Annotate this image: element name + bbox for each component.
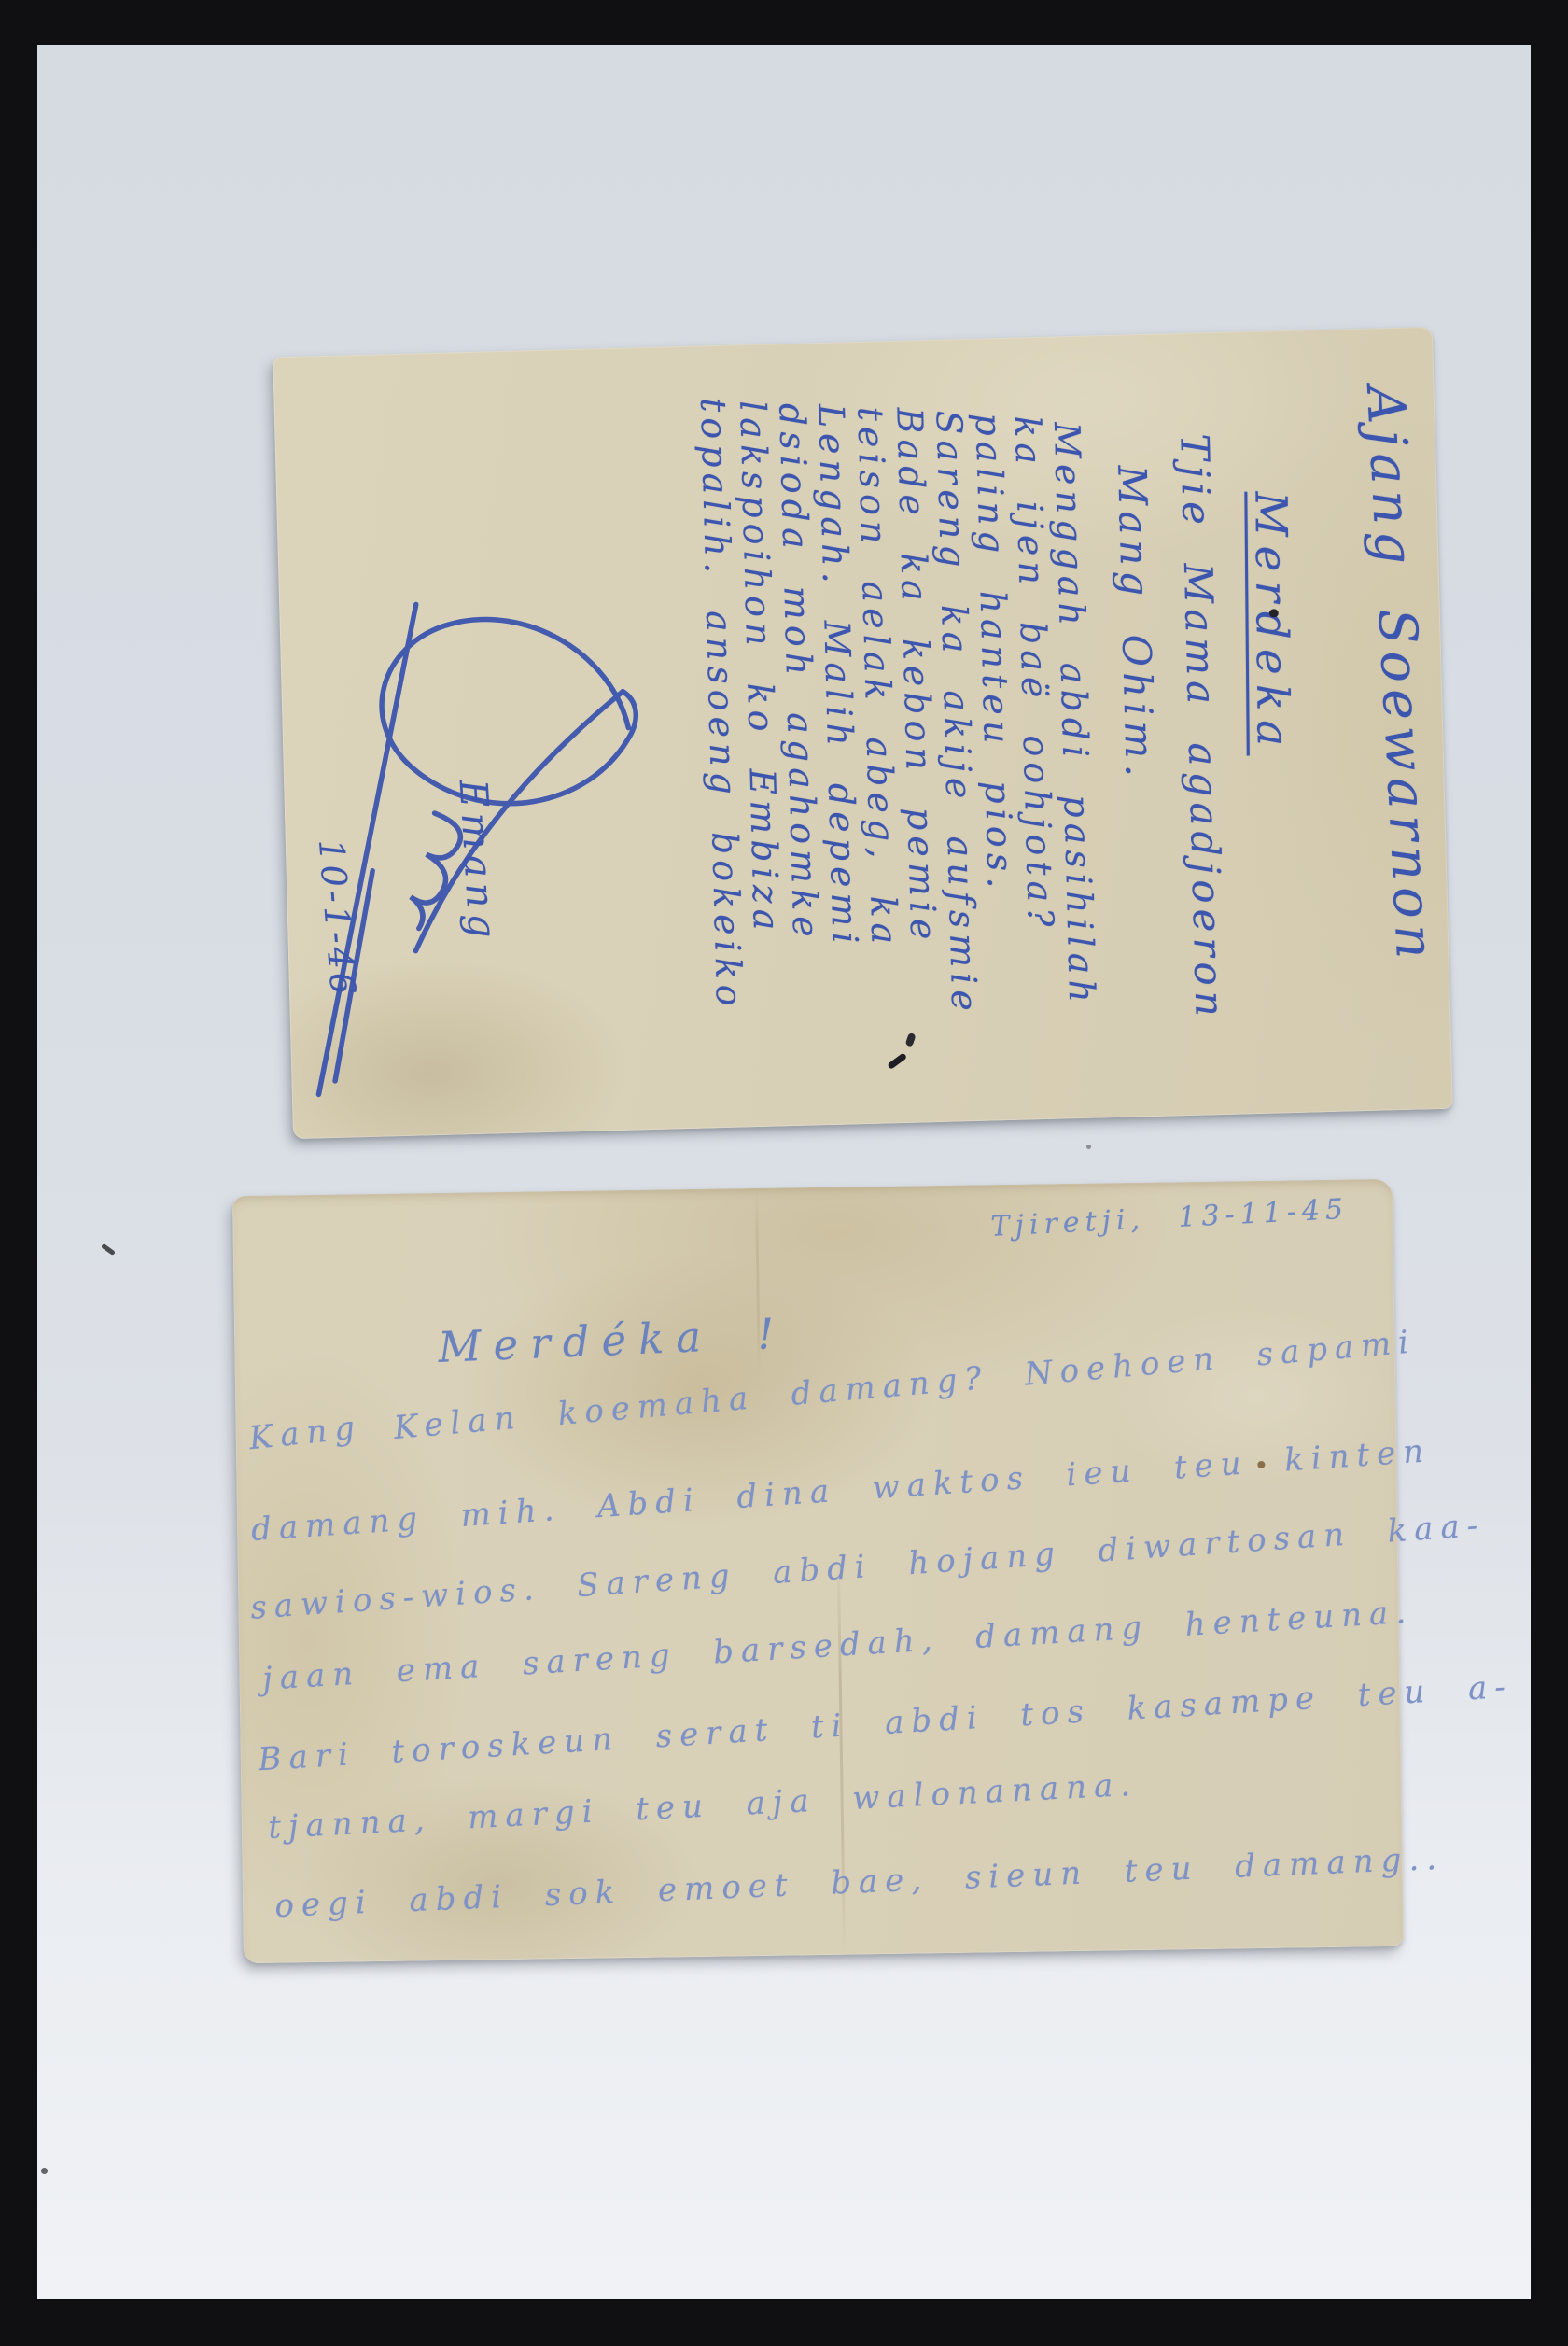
addressee-line: Ajang Soewarnon [1357,385,1439,966]
margin-word: Kang [247,1412,363,1454]
postcard-top-handwriting: Ajang Soewarnon Merdeka Tjie Mama agadjo… [273,327,1453,1139]
salute-line: Merdeka [1248,491,1294,755]
postcard-bottom: Tjiretji, 13-11-45 Merdéka ! Kang Kelan … [232,1179,1404,1963]
surface-speck [41,2168,48,2174]
postcard-top: Ajang Soewarnon Merdeka Tjie Mama agadjo… [273,327,1453,1139]
paper-speck [1257,1461,1265,1468]
heading-line: Merdéka ! [438,1313,788,1369]
photo-surface: Ajang Soewarnon Merdeka Tjie Mama agadjo… [37,45,1531,2299]
surface-speck [101,1243,116,1256]
handwriting-line: tjanna, margi teu aja walonanana. [267,1769,1138,1844]
framed-photograph: Ajang Soewarnon Merdeka Tjie Mama agadjo… [0,0,1568,2346]
greeting-line: Mang Ohim. [1112,465,1159,782]
handwriting-line: oegi abdi sok emoet bae, sieun teu daman… [274,1843,1445,1922]
surface-speck [1086,1145,1091,1149]
dateline: Tjiretji, 13-11-45 [990,1196,1350,1242]
greeting-line: Tjie Mama agadjoeron [1174,433,1228,1022]
